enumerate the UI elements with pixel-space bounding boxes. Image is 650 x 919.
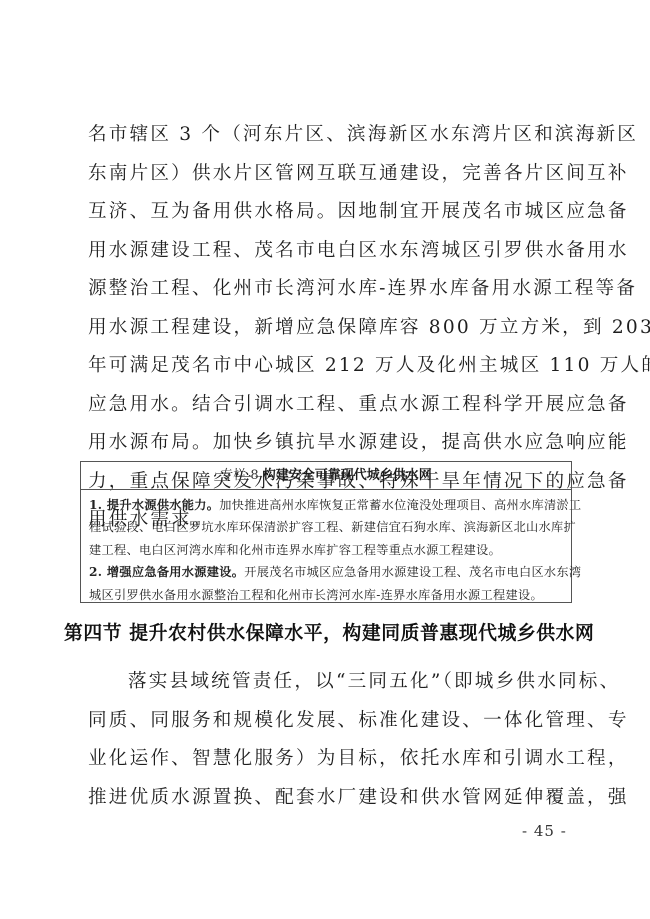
text-line: 用水源布局。加快乡镇抗旱水源建设，提高供水应急响应能 [88,424,572,463]
text-line: 年可满足茂名市中心城区 212 万人及化州主城区 110 万人的 [88,347,572,386]
box-item-1-line: 1. 提升水源供水能力。加快推进高州水库恢复正常蓄水位淹没处理项目、高州水库清淤… [89,494,565,516]
text-line: 东南片区）供水片区管网互联互通建设，完善各片区间互补 [88,155,572,194]
document-page: 名市辖区 3 个（河东片区、滨海新区水东湾片区和滨海新区 东南片区）供水片区管网… [0,0,650,919]
box-item-1-line: 程试验段、电白区罗坑水库环保清淤扩容工程、新建信宜石狗水库、滨海新区北山水库扩 [89,516,565,538]
box-item-1-line: 建工程、电白区河湾水库和化州市连界水库扩容工程等重点水源工程建设。 [89,539,565,561]
box-item-1-heading: 1. 提升水源供水能力。 [89,498,219,512]
text-line: 用水源工程建设，新增应急保障库容 800 万立方米，到 2035 [88,309,572,348]
text-line: 源整治工程、化州市长湾河水库-连界水库备用水源工程等备 [88,270,572,309]
text-line: 业化运作、智慧化服务）为目标，依托水库和引调水工程， [88,740,572,779]
feature-box-body: 1. 提升水源供水能力。加快推进高州水库恢复正常蓄水位淹没处理项目、高州水库清淤… [81,490,571,606]
text-line: 名市辖区 3 个（河东片区、滨海新区水东湾片区和滨海新区 [88,116,572,155]
feature-box-column-8: 专栏 8 构建安全可靠现代城乡供水网 1. 提升水源供水能力。加快推进高州水库恢… [80,461,572,603]
feature-box-header: 专栏 8 构建安全可靠现代城乡供水网 [81,462,571,490]
page-number: - 45 - [522,822,567,840]
feature-box-title: 构建安全可靠现代城乡供水网 [263,468,432,483]
box-item-2-line: 城区引罗供水备用水源整治工程和化州市长湾河水库-连界水库备用水源工程建设。 [89,584,565,606]
box-item-2-line: 2. 增强应急备用水源建设。开展茂名市城区应急备用水源建设工程、茂名市电白区水东… [89,561,565,583]
text-line: 落实县域统管责任，以“三同五化”（即城乡供水同标、 [88,663,572,702]
text-line: 同质、同服务和规模化发展、标准化建设、一体化管理、专 [88,702,572,741]
text-line: 互济、互为备用供水格局。因地制宜开展茂名市城区应急备 [88,193,572,232]
section-heading: 第四节 提升农村供水保障水平，构建同质普惠现代城乡供水网 [64,618,584,645]
text-line: 应急用水。结合引调水工程、重点水源工程科学开展应急备 [88,386,572,425]
box-item-2-heading: 2. 增强应急备用水源建设。 [89,565,244,579]
feature-box-number: 专栏 8 [220,468,258,483]
box-item-1-text: 加快推进高州水库恢复正常蓄水位淹没处理项目、高州水库清淤工 [219,498,581,512]
paragraph-rural-water-supply: 落实县域统管责任，以“三同五化”（即城乡供水同标、 同质、同服务和规模化发展、标… [88,663,572,817]
box-item-2-text: 开展茂名市城区应急备用水源建设工程、茂名市电白区水东湾 [244,565,581,579]
text-line: 推进优质水源置换、配套水厂建设和供水管网延伸覆盖，强 [88,779,572,818]
text-line: 用水源建设工程、茂名市电白区水东湾城区引罗供水备用水 [88,232,572,271]
